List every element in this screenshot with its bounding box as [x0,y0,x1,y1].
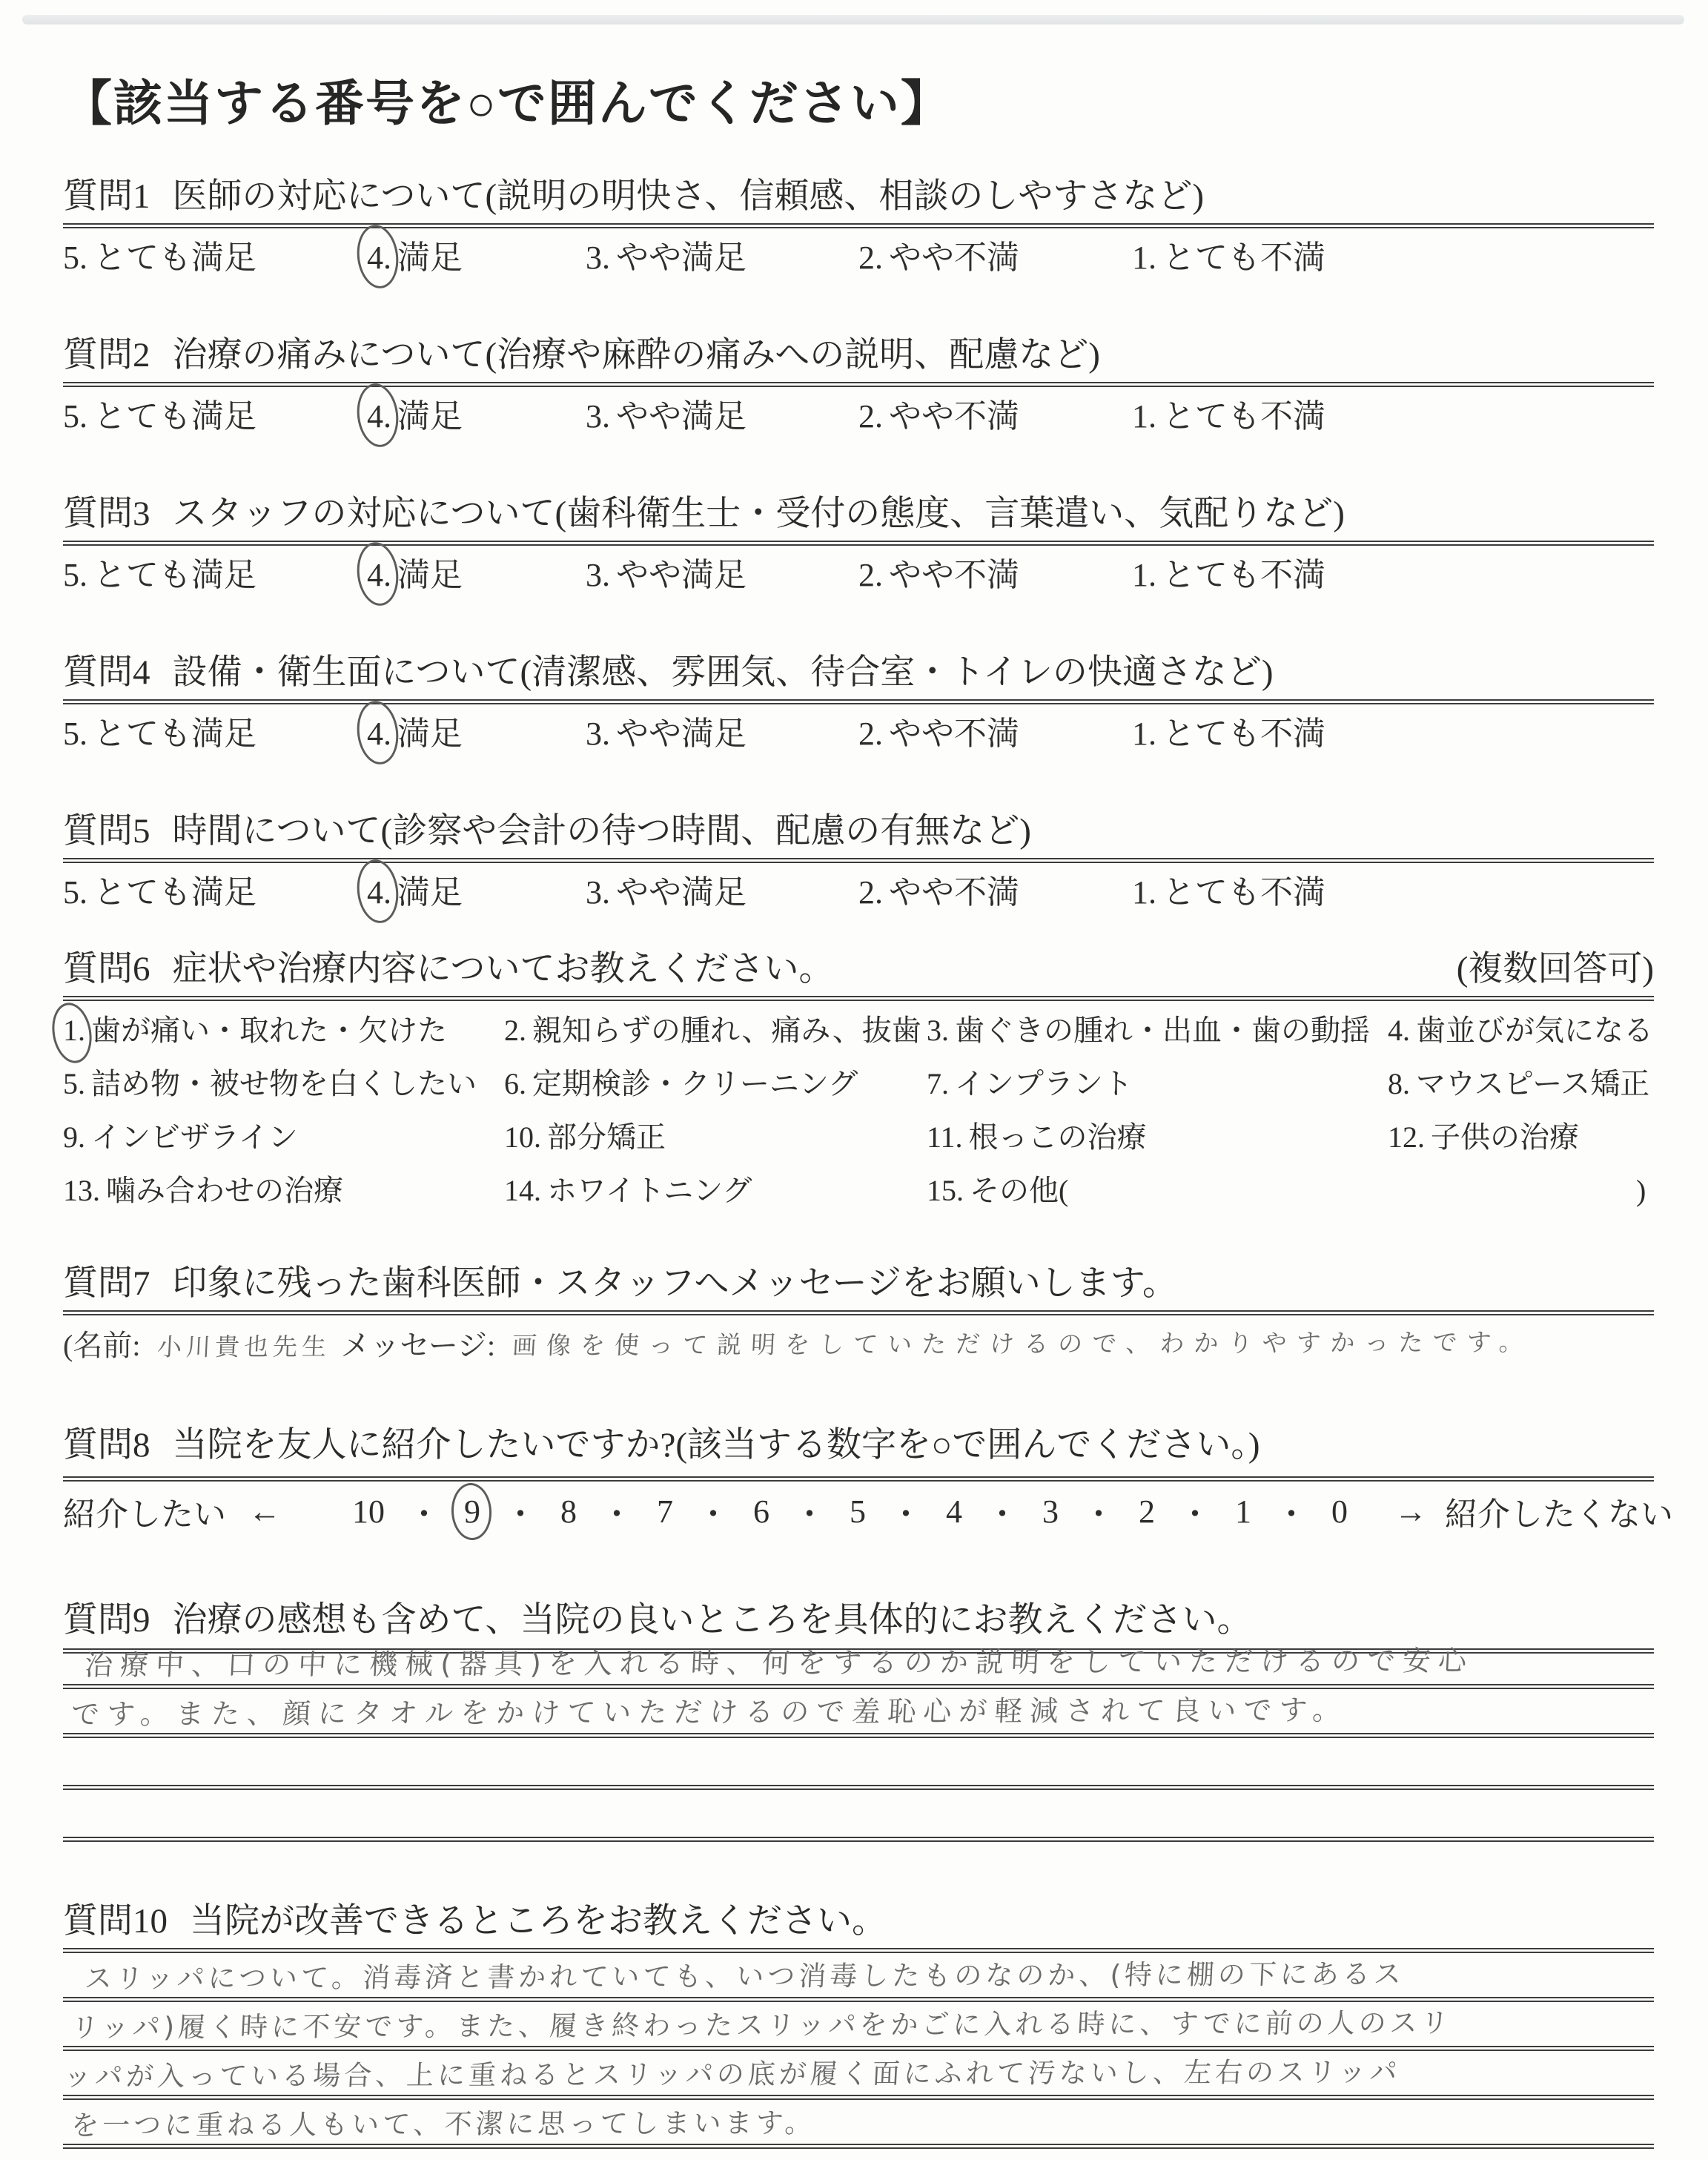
option-very-satisfied: 5.とても満足 [63,239,256,277]
option-label: 子供の治療 [1431,1120,1579,1154]
option-somewhat-dissatisfied: 2.やや不満 [858,715,1019,753]
scale-10: 10 [337,1493,400,1530]
option-label: やや満足 [616,240,747,276]
option-somewhat-satisfied: 3.やや満足 [586,556,747,595]
question-title: 時間について(診察や会計の待つ時間、配慮の有無など) [173,812,1031,851]
answer-line: 治療中、口の中に機械(器具)を入れる時、何をするのか説明をしていただけるので安心 [63,1654,1654,1689]
option-somewhat-dissatisfied: 2.やや不満 [858,873,1019,912]
question-8-block: 質問8当院を友人に紹介したいですか?(該当する数字を○で囲んでください。) 紹介… [63,1423,1654,1530]
option-satisfied: 4.満足 [367,239,463,277]
question-number: 質問10 [63,1902,168,1941]
answer-line: を一つに重ねる人もいて、不潔に思ってしまいます。 [63,2100,1654,2149]
option-5: 5.詰め物・被せ物を白くしたい [63,1066,477,1102]
option-number: 5. [63,557,87,593]
option-number: 2. [858,874,883,911]
option-number: 1. [1132,874,1156,911]
option-label: 満足 [397,874,463,911]
question-title: 治療の痛みについて(治療や麻酔の痛みへの説明、配慮など) [173,336,1100,374]
dot-separator: ・ [592,1487,641,1535]
scale-2: 2 [1123,1493,1171,1530]
question-number: 質問9 [63,1601,150,1639]
question-number: 質問7 [63,1264,150,1303]
question-9-block: 質問9治療の感想も含めて、当院の良いところを具体的にお教えください。 治療中、口… [63,1598,1654,1842]
option-label: 親知らずの腫れ、痛み、抜歯 [532,1014,921,1047]
question-1-block: 質問1医師の対応について(説明の明快さ、信頼感、相談のしやすさなど) 5.とても… [63,174,1654,277]
option-label: 歯ぐきの腫れ・出血・歯の動揺 [955,1014,1370,1047]
option-label: とても不満 [1162,398,1325,435]
option-satisfied: 4.満足 [367,873,463,912]
question-4-heading: 質問4設備・衛生面について(清潔感、雰囲気、待合室・トイレの快適さなど) [63,650,1654,695]
option-very-satisfied: 5.とても満足 [63,715,256,753]
option-label: 部分矯正 [547,1120,666,1154]
not-recommend-label: 紹介したくない [1445,1487,1673,1535]
handwritten-text: 治療中、口の中に機械(器具)を入れる時、何をするのか説明をしていただけるので安心 [63,1637,1475,1683]
option-8: 8.マウスピース矯正 [1388,1066,1649,1102]
divider-rule [63,1476,1654,1482]
option-label: ホワイトニング [547,1174,752,1207]
name-field-label: (名前: [63,1322,140,1364]
option-very-satisfied: 5.とても満足 [63,873,256,912]
option-label: 噛み合わせの治療 [106,1174,343,1207]
divider-rule [63,996,1654,1001]
option-label: 満足 [397,557,463,593]
left-arrow-icon: ← [248,1493,281,1530]
option-label: やや満足 [616,398,747,435]
option-satisfied: 4.満足 [367,397,463,436]
answer-line-empty [63,1738,1654,1790]
handwritten-doctor-name: 小川貴也先生 [156,1327,331,1363]
option-satisfied: 4.満足 [367,715,463,753]
scale-8: 8 [545,1493,592,1530]
circled-answer-mark: 1. [63,1013,85,1048]
option-satisfied: 4.満足 [367,556,463,595]
question-5-block: 質問5時間について(診察や会計の待つ時間、配慮の有無など) 5.とても満足 4.… [63,809,1654,912]
scanned-survey-form: 【該当する番号を○で囲んでください】 質問1医師の対応について(説明の明快さ、信… [0,0,1708,2160]
question-4-block: 質問4設備・衛生面について(清潔感、雰囲気、待合室・トイレの快適さなど) 5.と… [63,650,1654,753]
option-12: 12.子供の治療 [1388,1120,1579,1155]
option-label: とても満足 [93,874,256,911]
scale-5: 5 [834,1493,881,1530]
option-14: 14.ホワイトニング [504,1173,752,1209]
question-2-heading: 質問2治療の痛みについて(治療や麻酔の痛みへの説明、配慮など) [63,333,1654,377]
question-number: 質問6 [63,950,150,988]
option-number: 2. [858,557,883,593]
question-number: 質問3 [63,495,150,533]
option-1: 1.歯が痛い・取れた・欠けた [63,1013,447,1048]
multiple-answers-note: (複数回答可) [1457,947,1654,991]
option-number: 3. [586,716,610,752]
option-number: 5. [63,398,87,435]
question-title: スタッフの対応について(歯科衛生士・受付の態度、言葉遣い、気配りなど) [173,495,1345,533]
option-7: 7.インプラント [927,1066,1133,1102]
rating-options-q5: 5.とても満足 4.満足 3.やや満足 2.やや不満 1.とても不満 [63,873,1654,912]
handwritten-text: ッパが入っている場合、上に重ねるとスリッパの底が履く面にふれて汚ないし、左右のス… [63,2050,1402,2094]
option-somewhat-satisfied: 3.やや満足 [586,397,747,436]
dot-separator: ・ [496,1487,545,1535]
option-number: 3. [586,874,610,911]
question-1-heading: 質問1医師の対応について(説明の明快さ、信頼感、相談のしやすさなど) [63,174,1654,219]
option-label: インビザライン [91,1120,298,1154]
handwritten-text: スリッパについて。消毒済と書かれていても、いつ消毒したものなのか、(特に棚の下に… [63,1952,1406,1996]
option-11: 11.根っこの治療 [927,1120,1147,1155]
question-2-block: 質問2治療の痛みについて(治療や麻酔の痛みへの説明、配慮など) 5.とても満足 … [63,333,1654,436]
option-number: 3. [586,557,610,593]
message-answer-line: (名前: 小川貴也先生 メッセージ: 画像を使って説明をしていただけるので、わか… [63,1321,1654,1364]
question-number: 質問4 [63,653,150,692]
option-number: 1. [1132,557,1156,593]
question-title: 当院が改善できるところをお教えください。 [190,1902,887,1941]
circled-answer-mark: 4. [367,873,391,912]
rating-options-q3: 5.とても満足 4.満足 3.やや満足 2.やや不満 1.とても不満 [63,556,1654,595]
option-10: 10.部分矯正 [504,1120,666,1155]
question-number: 質問8 [63,1426,150,1464]
handwritten-text: です。また、顔にタオルをかけていただけるので羞恥心が軽減されて良いです。 [63,1687,1349,1732]
option-label: とても満足 [93,398,256,435]
option-number: 3. [586,398,610,435]
option-label: インプラント [955,1067,1133,1100]
recommend-label: 紹介したい [63,1487,226,1535]
option-number: 3. [586,240,610,276]
question-title: 治療の感想も含めて、当院の良いところを具体的にお教えください。 [173,1601,1252,1639]
answer-line: スリッパについて。消毒済と書かれていても、いつ消毒したものなのか、(特に棚の下に… [63,1953,1654,2002]
scale-7: 7 [641,1493,689,1530]
option-6: 6.定期検診・クリーニング [504,1066,858,1102]
scale-9-selected: 9 [448,1493,496,1530]
symptom-options-row-2: 5.詰め物・被せ物を白くしたい 6.定期検診・クリーニング 7.インプラント 8… [63,1066,1654,1102]
question-8-heading: 質問8当院を友人に紹介したいですか?(該当する数字を○で囲んでください。) [63,1423,1654,1467]
dot-separator: ・ [785,1487,834,1535]
option-number: 1. [1132,240,1156,276]
option-number: 2. [858,240,883,276]
question-title: 当院を友人に紹介したいですか?(該当する数字を○で囲んでください。) [173,1426,1260,1464]
dot-separator: ・ [689,1487,738,1535]
option-label: やや満足 [616,557,747,593]
form-content: 【該当する番号を○で囲んでください】 質問1医師の対応について(説明の明快さ、信… [63,70,1654,2149]
scale-0: 0 [1316,1493,1363,1530]
question-10-heading: 質問10当院が改善できるところをお教えください。 [63,1899,1654,1943]
handwritten-message: 画像を使って説明をしていただけるので、わかりやすかったです。 [512,1323,1534,1361]
question-title: 印象に残った歯科医師・スタッフへメッセージをお願いします。 [173,1264,1177,1303]
symptom-options-row-4: 13.噛み合わせの治療 14.ホワイトニング 15.その他( ) [63,1173,1654,1209]
option-label: やや満足 [616,874,747,911]
option-somewhat-dissatisfied: 2.やや不満 [858,239,1019,277]
symptom-options-row-3: 9.インビザライン 10.部分矯正 11.根っこの治療 12.子供の治療 [63,1120,1654,1155]
option-label: 歯が痛い・取れた・欠けた [91,1014,447,1047]
message-field-label: メッセージ: [340,1322,495,1364]
option-label: マウスピース矯正 [1416,1067,1649,1100]
divider-rule [63,541,1654,546]
option-13: 13.噛み合わせの治療 [63,1173,343,1209]
option-label: やや不満 [889,716,1019,752]
circled-answer-mark: 4. [367,239,391,277]
option-label: とても不満 [1162,240,1325,276]
option-number: 2. [858,398,883,435]
scale-numbers: 10 ・ 9 ・ 8 ・ 7 ・ 6 ・ 5 ・ 4 ・ 3 ・ 2 [337,1487,1363,1535]
question-9-heading: 質問9治療の感想も含めて、当院の良いところを具体的にお教えください。 [63,1598,1654,1642]
dot-separator: ・ [978,1487,1027,1535]
option-9: 9.インビザライン [63,1120,298,1155]
divider-rule [63,382,1654,387]
divider-rule [63,858,1654,863]
question-5-heading: 質問5時間について(診察や会計の待つ時間、配慮の有無など) [63,809,1654,853]
dot-separator: ・ [1267,1487,1316,1535]
question-7-block: 質問7印象に残った歯科医師・スタッフへメッセージをお願いします。 (名前: 小川… [63,1261,1654,1364]
option-very-satisfied: 5.とても満足 [63,397,256,436]
scale-3: 3 [1027,1493,1074,1530]
handwritten-text: リッパ)履く時に不安です。また、履き終わったスリッパをかごに入れる時に、すでに前… [63,2000,1453,2045]
option-number: 5. [63,716,87,752]
dot-separator: ・ [400,1487,448,1535]
scale-1: 1 [1219,1493,1267,1530]
answer-line: です。また、顔にタオルをかけていただけるので羞恥心が軽減されて良いです。 [63,1689,1654,1738]
right-arrow-icon: → [1394,1493,1427,1530]
question-6-block: 質問6症状や治療内容についてお教えください。 (複数回答可) 1.歯が痛い・取れ… [63,947,1654,1209]
scale-6: 6 [738,1493,785,1530]
option-very-dissatisfied: 1.とても不満 [1132,715,1325,753]
option-label: やや不満 [889,874,1019,911]
question-number: 質問1 [63,177,150,216]
rating-options-q1: 5.とても満足 4.満足 3.やや満足 2.やや不満 1.とても不満 [63,239,1654,277]
option-15-other: 15.その他( [927,1173,1068,1209]
option-2: 2.親知らずの腫れ、痛み、抜歯 [504,1013,921,1048]
divider-rule [63,699,1654,704]
option-number: 2. [858,716,883,752]
option-label: やや不満 [889,398,1019,435]
option-somewhat-satisfied: 3.やや満足 [586,715,747,753]
dot-separator: ・ [1074,1487,1123,1535]
handwritten-text: を一つに重ねる人もいて、不潔に思ってしまいます。 [63,2100,817,2143]
divider-rule [63,1310,1654,1315]
question-number: 質問2 [63,336,150,374]
dot-separator: ・ [881,1487,930,1535]
option-somewhat-satisfied: 3.やや満足 [586,239,747,277]
divider-rule [63,223,1654,228]
option-label: 満足 [397,240,463,276]
option-very-dissatisfied: 1.とても不満 [1132,873,1325,912]
option-very-dissatisfied: 1.とても不満 [1132,556,1325,595]
rating-options-q2: 5.とても満足 4.満足 3.やや満足 2.やや不満 1.とても不満 [63,397,1654,436]
question-3-block: 質問3スタッフの対応について(歯科衛生士・受付の態度、言葉遣い、気配りなど) 5… [63,492,1654,595]
scan-artifact-band [22,15,1684,24]
option-label: 歯並びが気になる [1416,1014,1653,1047]
option-label: 満足 [397,716,463,752]
circled-answer-mark: 4. [367,397,391,436]
other-close-paren: ) [1636,1173,1646,1209]
circled-answer-mark: 4. [367,715,391,753]
option-label: とても満足 [93,557,256,593]
option-label: とても満足 [93,240,256,276]
question-7-heading: 質問7印象に残った歯科医師・スタッフへメッセージをお願いします。 [63,1261,1654,1306]
option-label: その他( [970,1174,1068,1207]
question-title: 設備・衛生面について(清潔感、雰囲気、待合室・トイレの快適さなど) [173,653,1274,692]
question-3-heading: 質問3スタッフの対応について(歯科衛生士・受付の態度、言葉遣い、気配りなど) [63,492,1654,536]
option-label: やや不満 [889,240,1019,276]
option-very-dissatisfied: 1.とても不満 [1132,397,1325,436]
option-label: とても不満 [1162,874,1325,911]
option-somewhat-satisfied: 3.やや満足 [586,873,747,912]
answer-line-empty [63,1790,1654,1842]
option-number: 1. [1132,398,1156,435]
option-label: とても不満 [1162,716,1325,752]
option-3: 3.歯ぐきの腫れ・出血・歯の動揺 [927,1013,1370,1048]
option-label: 満足 [397,398,463,435]
option-label: 根っこの治療 [969,1120,1147,1154]
divider-rule [63,1948,1654,1953]
question-title: 症状や治療内容についてお教えください。 [173,950,834,988]
form-title: 【該当する番号を○で囲んでください】 [63,70,1654,139]
question-6-heading: 質問6症状や治療内容についてお教えください。 (複数回答可) [63,947,1654,991]
option-very-dissatisfied: 1.とても不満 [1132,239,1325,277]
circled-answer-mark: 9 [464,1493,480,1530]
option-number: 5. [63,874,87,911]
option-4: 4.歯並びが気になる [1388,1013,1653,1048]
question-number: 質問5 [63,812,150,851]
recommend-scale-row: 紹介したい ← 10 ・ 9 ・ 8 ・ 7 ・ 6 ・ 5 ・ 4 ・ [63,1492,1654,1530]
option-somewhat-dissatisfied: 2.やや不満 [858,397,1019,436]
option-label: 定期検診・クリーニング [532,1067,858,1100]
symptom-options-row-1: 1.歯が痛い・取れた・欠けた 2.親知らずの腫れ、痛み、抜歯 3.歯ぐきの腫れ・… [63,1013,1654,1048]
scale-4: 4 [930,1493,978,1530]
option-label: とても不満 [1162,557,1325,593]
option-label: やや満足 [616,716,747,752]
dot-separator: ・ [1171,1487,1219,1535]
option-very-satisfied: 5.とても満足 [63,556,256,595]
question-title: 医師の対応について(説明の明快さ、信頼感、相談のしやすさなど) [173,177,1204,216]
question-10-block: 質問10当院が改善できるところをお教えください。 スリッパについて。消毒済と書か… [63,1899,1654,2149]
answer-line: ッパが入っている場合、上に重ねるとスリッパの底が履く面にふれて汚ないし、左右のス… [63,2051,1654,2100]
option-label: 詰め物・被せ物を白くしたい [91,1067,477,1100]
option-label: やや不満 [889,557,1019,593]
answer-line: リッパ)履く時に不安です。また、履き終わったスリッパをかごに入れる時に、すでに前… [63,2002,1654,2051]
option-number: 5. [63,240,87,276]
option-number: 1. [1132,716,1156,752]
option-label: とても満足 [93,716,256,752]
option-somewhat-dissatisfied: 2.やや不満 [858,556,1019,595]
rating-options-q4: 5.とても満足 4.満足 3.やや満足 2.やや不満 1.とても不満 [63,715,1654,753]
circled-answer-mark: 4. [367,556,391,595]
